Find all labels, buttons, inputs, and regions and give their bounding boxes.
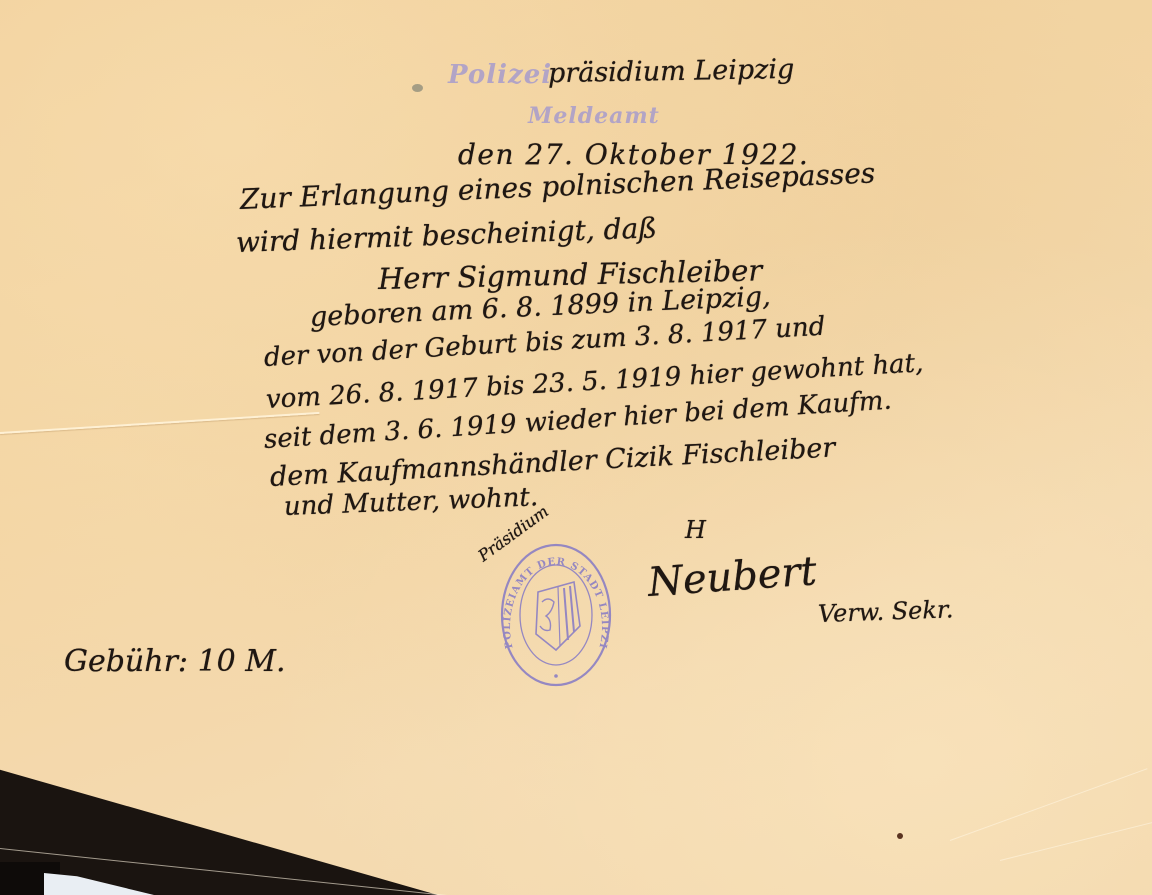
header-handwritten-presidium: präsidium Leipzig xyxy=(548,54,795,89)
police-seal-stamp: POLIZEIAMT DER STADT LEIPZIG xyxy=(498,542,614,688)
signature-title: Verw. Sekr. xyxy=(818,595,954,628)
fee-label: Gebühr: xyxy=(64,644,188,679)
department-stamp: Meldeamt xyxy=(528,103,660,129)
svg-text:POLIZEIAMT DER STADT LEIPZIG: POLIZEIAMT DER STADT LEIPZIG xyxy=(498,542,610,650)
ink-spot xyxy=(412,84,423,92)
fee-amount: 10 M. xyxy=(198,644,286,679)
fee-note: Gebühr: 10 M. xyxy=(64,644,286,679)
header-stamp-police: Polizei xyxy=(448,60,552,90)
signature-initial: H xyxy=(685,516,706,544)
scan-white-edge xyxy=(44,873,154,895)
ink-spot xyxy=(897,833,903,839)
